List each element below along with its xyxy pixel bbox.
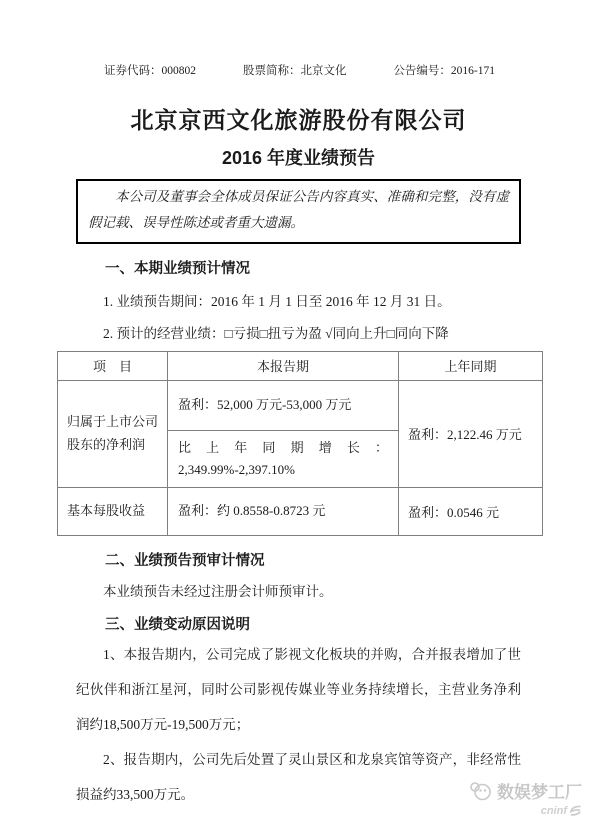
- stock-code: 证券代码：000802: [104, 62, 196, 78]
- table-row: 基本每股收益 盈利：约 0.8558-0.8723 元 盈利：0.0546 元: [58, 487, 543, 535]
- page-subtitle: 2016 年度业绩预告: [76, 144, 521, 170]
- growth-value: 2,349.99%-2,397.10%: [178, 459, 388, 481]
- section2-heading: 二、业绩预告预审计情况: [76, 549, 521, 570]
- announcement-number: 公告编号：2016-171: [393, 62, 495, 78]
- section1-item-period: 1. 业绩预告期间：2016 年 1 月 1 日至 2016 年 12 月 31…: [76, 290, 521, 310]
- eps-current-cell: 盈利：约 0.8558-0.8723 元: [168, 487, 399, 535]
- section3-para-1: 1、本报告期内，公司完成了影视文化板块的并购，合并报表增加了世纪伙伴和浙江星河，…: [76, 637, 521, 742]
- document-header: 证券代码：000802 股票简称：北京文化 公告编号：2016-171: [76, 62, 521, 78]
- stock-abbr: 股票简称：北京文化: [243, 62, 347, 78]
- brand-name: 数娱梦工厂: [497, 778, 582, 803]
- section2-body: 本业绩预告未经过注册会计师预审计。: [76, 580, 521, 600]
- watermark: 数娱梦工厂 cninf: [469, 778, 582, 817]
- net-profit-prior-cell: 盈利：2,122.46 万元: [399, 380, 543, 487]
- table-header-row: 项 目 本报告期 上年同期: [58, 351, 543, 380]
- growth-label: 比上年同期增长：: [178, 437, 388, 459]
- eps-prior-cell: 盈利：0.0546 元: [399, 487, 543, 535]
- page-title: 北京京西文化旅游股份有限公司: [76, 102, 521, 135]
- net-profit-item-cell: 归属于上市公司股东的净利润: [58, 380, 168, 487]
- document-page: 证券代码：000802 股票简称：北京文化 公告编号：2016-171 北京京西…: [0, 0, 596, 824]
- col-header-current: 本报告期: [168, 351, 399, 380]
- section1-item-results: 2. 预计的经营业绩：□亏损□扭亏为盈 √同向上升□同向下降: [76, 322, 521, 342]
- section3-para-2: 2、报告期内，公司先后处置了灵山景区和龙泉宾馆等资产，非经常性损益约33,500…: [76, 742, 521, 812]
- document-content: 证券代码：000802 股票简称：北京文化 公告编号：2016-171 北京京西…: [76, 62, 521, 812]
- table-row: 归属于上市公司股东的净利润 盈利：52,000 万元-53,000 万元 盈利：…: [58, 380, 543, 430]
- statement-text: 本公司及董事会全体成员保证公告内容真实、准确和完整，没有虚假记载、误导性陈述或者…: [88, 189, 509, 230]
- net-profit-growth-cell: 比上年同期增长： 2,349.99%-2,397.10%: [168, 430, 399, 487]
- eps-item-cell: 基本每股收益: [58, 487, 168, 535]
- results-table: 项 目 本报告期 上年同期 归属于上市公司股东的净利润 盈利：52,000 万元…: [57, 351, 543, 536]
- cninfo-text: cninf: [541, 805, 567, 817]
- cninfo-swoosh-icon: [569, 804, 582, 817]
- net-profit-current-cell: 盈利：52,000 万元-53,000 万元: [168, 380, 399, 430]
- statement-box: 本公司及董事会全体成员保证公告内容真实、准确和完整，没有虚假记载、误导性陈述或者…: [76, 179, 521, 244]
- section3-heading: 三、业绩变动原因说明: [76, 613, 521, 634]
- cninfo-logo: cninf: [469, 804, 582, 817]
- shuyu-dream-factory-logo-icon: [469, 781, 491, 801]
- col-header-item: 项 目: [58, 351, 168, 380]
- section1-heading: 一、本期业绩预计情况: [76, 257, 521, 278]
- brand-row: 数娱梦工厂: [469, 778, 582, 803]
- col-header-prior: 上年同期: [399, 351, 543, 380]
